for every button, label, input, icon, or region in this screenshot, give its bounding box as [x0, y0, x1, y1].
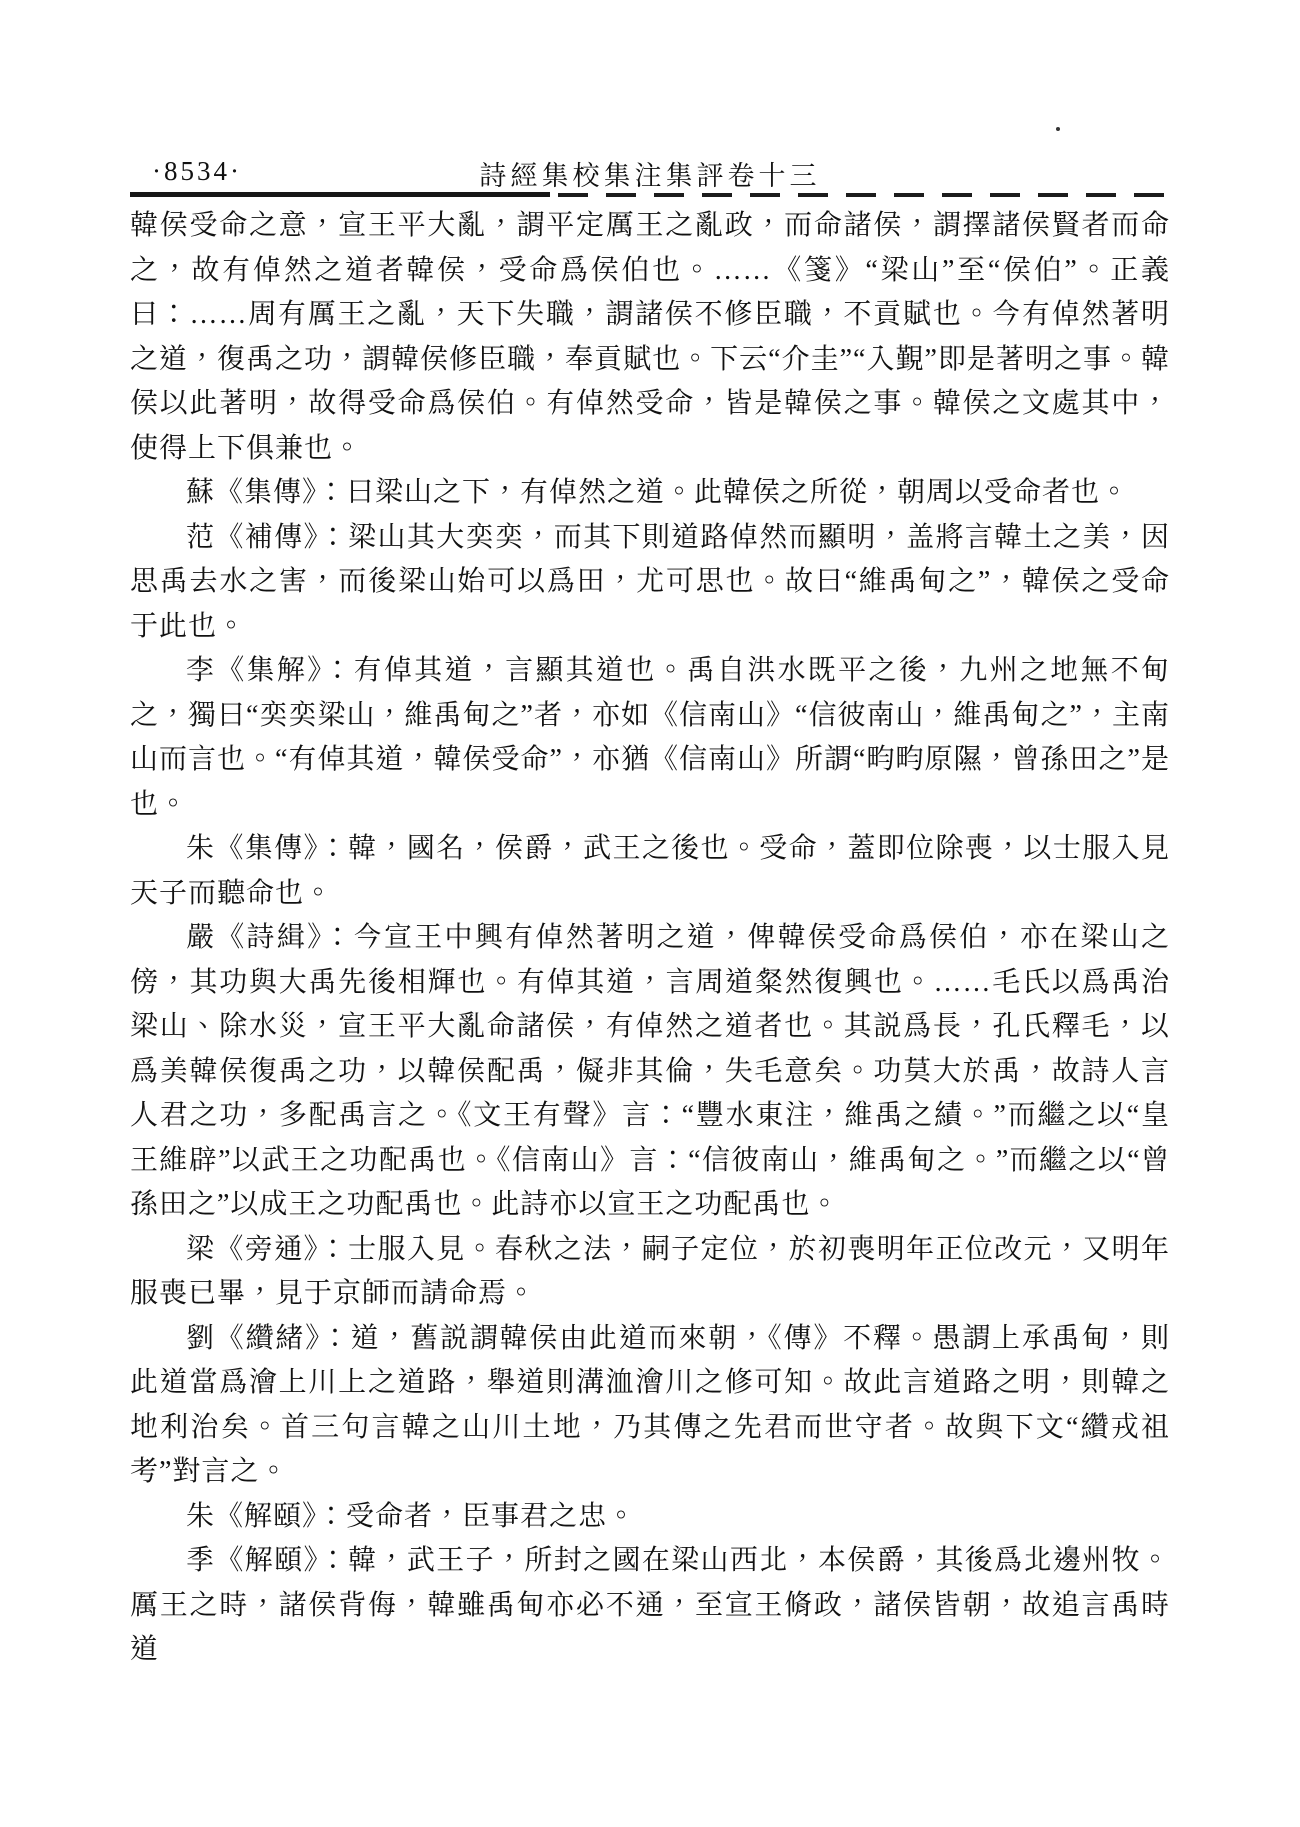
paragraph-continuation: 韓侯受命之意，宣王平大亂，謂平定厲王之亂政，而命諸侯，謂擇諸侯賢者而命之，故有倬…	[130, 204, 1170, 471]
paragraph-ji-jieyi: 季《解頤》：韓，武王子，所封之國在梁山西北，本侯爵，其後爲北邊州牧。厲王之時，諸…	[130, 1539, 1170, 1673]
header-rule-dashed-segment	[558, 193, 1170, 197]
paragraph-su-jizhuan: 蘇《集傳》：曰梁山之下，有倬然之道。此韓侯之所從，朝周以受命者也。	[130, 471, 1170, 516]
paragraph-zhu-jieyi: 朱《解頤》：受命者，臣事君之忠。	[130, 1495, 1170, 1540]
header-rule-solid-segment	[130, 192, 550, 197]
paragraph-yan-shiji: 嚴《詩緝》：今宣王中興有倬然著明之道，俾韓侯受命爲侯伯，亦在梁山之傍，其功與大禹…	[130, 916, 1170, 1228]
paragraph-fan-buzhuan: 范《補傳》：梁山其大奕奕，而其下則道路倬然而顯明，盖將言韓土之美，因思禹去水之害…	[130, 516, 1170, 650]
body-text: 韓侯受命之意，宣王平大亂，謂平定厲王之亂政，而命諸侯，謂擇諸侯賢者而命之，故有倬…	[130, 204, 1170, 1673]
paragraph-zhu-jizhuan: 朱《集傳》：韓，國名，侯爵，武王之後也。受命，蓋即位除喪，以士服入見天子而聽命也…	[130, 827, 1170, 916]
paragraph-liang-pangtong: 梁《旁通》：士服入見。春秋之法，嗣子定位，於初喪明年正位改元，又明年服喪已畢，見…	[130, 1228, 1170, 1317]
page-header: ·8534· 詩經集校集注集評卷十三	[130, 152, 1170, 192]
header-rule	[130, 192, 1170, 198]
running-title: 詩經集校集注集評卷十三	[130, 154, 1170, 193]
paragraph-li-jijie: 李《集解》：有倬其道，言顯其道也。禹自洪水既平之後，九州之地無不甸之，獨曰“奕奕…	[130, 649, 1170, 827]
scan-speck	[1056, 127, 1060, 131]
paragraph-liu-zuanxu: 劉《纘緒》：道，舊説謂韓侯由此道而來朝，《傳》不釋。愚謂上承禹甸，則此道當爲澮上…	[130, 1317, 1170, 1495]
book-page: ·8534· 詩經集校集注集評卷十三 韓侯受命之意，宣王平大亂，謂平定厲王之亂政…	[0, 0, 1300, 1827]
